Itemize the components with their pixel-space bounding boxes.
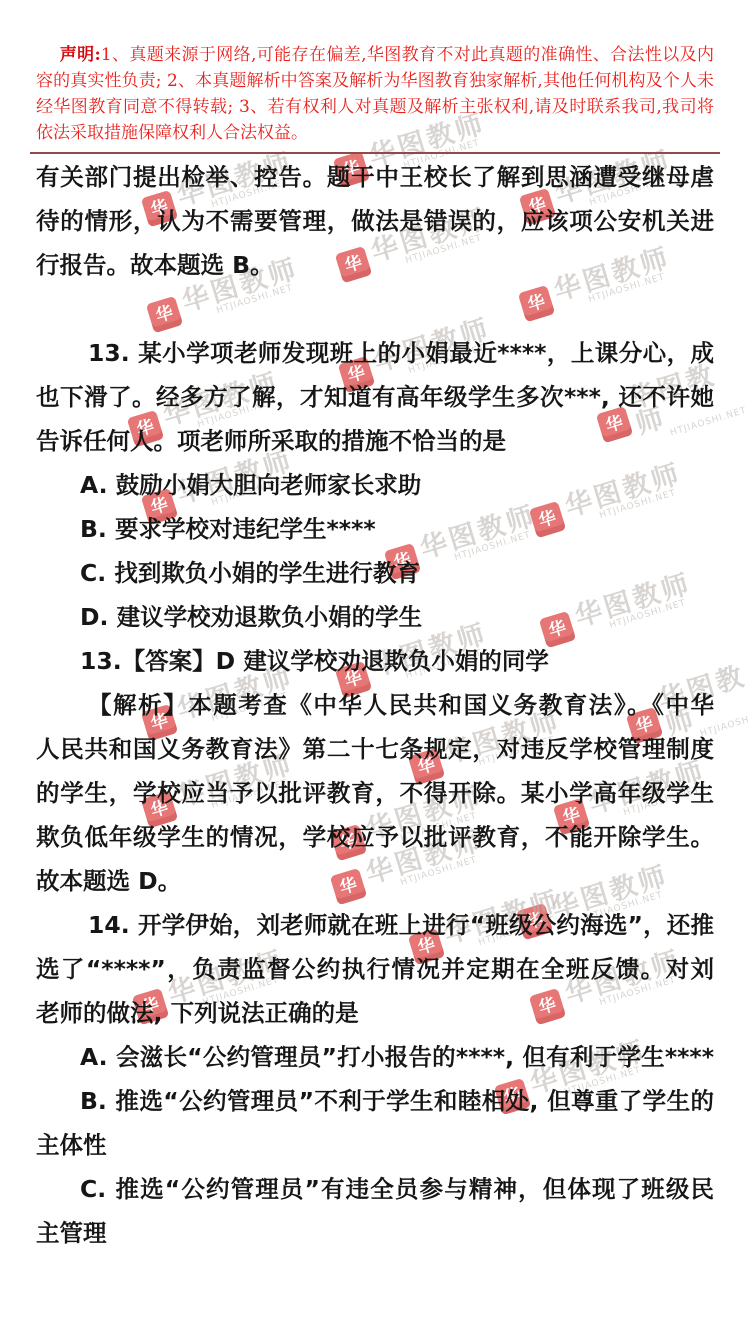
body-line: 告诉任何人。项老师所采取的措施不恰当的是 bbox=[36, 419, 714, 463]
body-line: 有关部门提出检举、控告。题干中王校长了解到思涵遭受继母虐 bbox=[36, 155, 714, 199]
disclaimer-line: 声明:1、真题来源于网络,可能存在偏差,华图教育不对此真题的准确性、合法性以及内 bbox=[36, 42, 714, 68]
body-line: 的学生，学校应当予以批评教育，不得开除。某小学高年级学生 bbox=[36, 771, 714, 815]
body-line: 行报告。故本题选 B。 bbox=[36, 243, 714, 287]
disclaimer-prefix: 声明: bbox=[60, 45, 101, 65]
body-line: 老师的做法, 下列说法正确的是 bbox=[36, 991, 714, 1035]
body-line: 13. 某小学项老师发现班上的小娟最近****，上课分心，成绩 bbox=[36, 331, 714, 375]
body-line: 人民共和国义务教育法》第二十七条规定，对违反学校管理制度 bbox=[36, 727, 714, 771]
body-line: 【解析】本题考查《中华人民共和国义务教育法》。《中华 bbox=[36, 683, 714, 727]
body-line: 13.【答案】D 建议学校劝退欺负小娟的同学 bbox=[36, 639, 714, 683]
body-line: C. 找到欺负小娟的学生进行教育 bbox=[36, 551, 714, 595]
disclaimer-line: 容的真实性负责; 2、本真题解析中答案及解析为华图教育独家解析,其他任何机构及个… bbox=[36, 68, 714, 94]
body-line: D. 建议学校劝退欺负小娟的学生 bbox=[36, 595, 714, 639]
body-line: C. 推选“公约管理员”有违全员参与精神，但体现了班级民 bbox=[36, 1167, 714, 1211]
body-line: 主体性 bbox=[36, 1123, 714, 1167]
document-body: 有关部门提出检举、控告。题干中王校长了解到思涵遭受继母虐待的情形，认为不需要管理… bbox=[36, 155, 714, 1255]
disclaimer-notice: 声明:1、真题来源于网络,可能存在偏差,华图教育不对此真题的准确性、合法性以及内… bbox=[36, 42, 714, 146]
body-line: 欺负低年级学生的情况，学校应予以批评教育，不能开除学生。 bbox=[36, 815, 714, 859]
body-line bbox=[36, 287, 714, 331]
body-line: B. 要求学校对违纪学生**** bbox=[36, 507, 714, 551]
body-line: 也下滑了。经多方了解，才知道有高年级学生多次***, 还不许她 bbox=[36, 375, 714, 419]
disclaimer-line: 经华图教育同意不得转载; 3、若有权利人对真题及解析主张权利,请及时联系我司,我… bbox=[36, 94, 714, 120]
exam-solution-page: 华华图教师HTJIAOSHI.NET华华图教师HTJIAOSHI.NET华华图教… bbox=[0, 0, 748, 1335]
body-line: 主管理 bbox=[36, 1211, 714, 1255]
body-line: 选了“****”，负责监督公约执行情况并定期在全班反馈。对刘 bbox=[36, 947, 714, 991]
body-line: 故本题选 D。 bbox=[36, 859, 714, 903]
body-line: A. 鼓励小娟大胆向老师家长求助 bbox=[36, 463, 714, 507]
body-line: 14. 开学伊始，刘老师就在班上进行“班级公约海选”，还推 bbox=[36, 903, 714, 947]
disclaimer-line: 依法采取措施保障权利人合法权益。 bbox=[36, 120, 714, 146]
body-line: 待的情形，认为不需要管理，做法是错误的，应该项公安机关进 bbox=[36, 199, 714, 243]
body-line: A. 会滋长“公约管理员”打小报告的****, 但有利于学生**** bbox=[36, 1035, 714, 1079]
body-line: B. 推选“公约管理员”不利于学生和睦相处, 但尊重了学生的 bbox=[36, 1079, 714, 1123]
divider-line bbox=[30, 152, 720, 154]
